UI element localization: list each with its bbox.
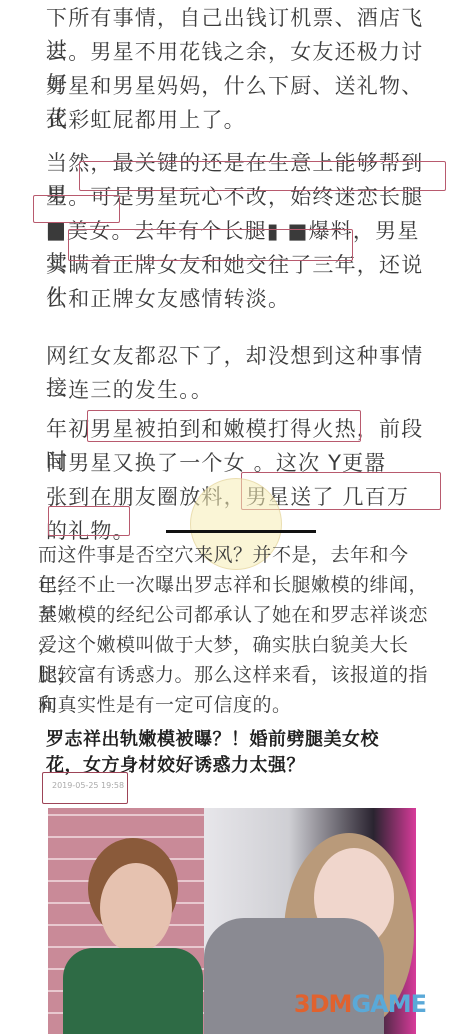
- highlight-box: [79, 161, 446, 191]
- watermark-3dm: 3DM: [294, 990, 352, 1018]
- highlight-box: [48, 506, 130, 536]
- highlight-box: [87, 410, 361, 442]
- text-line: 和真实性是有一定可信度的。: [38, 690, 438, 720]
- divider-line: [166, 530, 316, 533]
- highlight-box: [33, 195, 120, 223]
- face: [100, 863, 172, 953]
- article-date: 2019-05-25 19:58: [46, 777, 130, 794]
- text-line: 二连三的发生。。: [46, 374, 438, 406]
- watermark-game: GAME: [351, 990, 426, 1018]
- text-line: 式彩虹屁都用上了。: [46, 104, 438, 136]
- highlight-box: [68, 229, 353, 261]
- 3dmgame-watermark: 3DMGAME: [294, 990, 426, 1018]
- green-jacket: [63, 948, 203, 1034]
- photo-male: [48, 808, 204, 1034]
- text-line: 么和正牌女友感情转淡。: [46, 283, 438, 315]
